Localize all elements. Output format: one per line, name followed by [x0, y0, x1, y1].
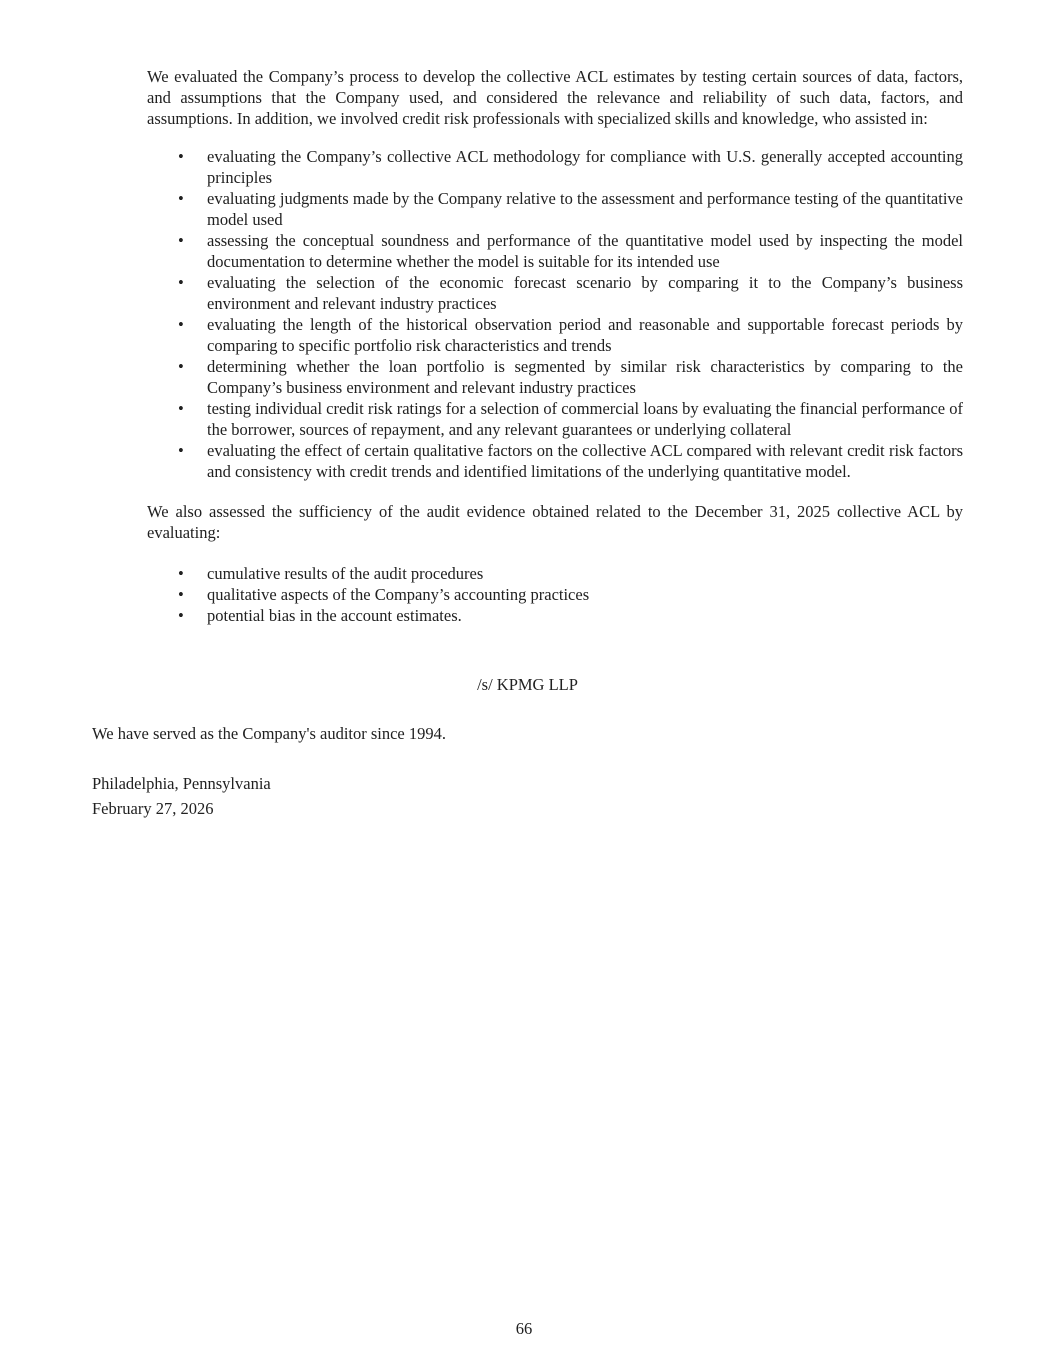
intro-paragraph: We evaluated the Company’s process to de… — [147, 66, 963, 129]
bullet-marker: • — [178, 440, 184, 461]
bullet-marker: • — [178, 605, 184, 626]
sufficiency-bullet-item: • cumulative results of the audit proced… — [147, 563, 963, 584]
procedure-bullet-item: • testing individual credit risk ratings… — [147, 398, 963, 440]
bullet-marker: • — [178, 356, 184, 377]
location-line: Philadelphia, Pennsylvania — [92, 773, 963, 794]
procedure-bullet-text: determining whether the loan portfolio i… — [207, 357, 963, 397]
sufficiency-bullet-text: cumulative results of the audit procedur… — [207, 564, 483, 583]
date-line: February 27, 2026 — [92, 798, 963, 819]
page-number: 66 — [0, 1318, 1048, 1339]
bullet-marker: • — [178, 314, 184, 335]
procedures-list: • evaluating the Company’s collective AC… — [147, 146, 963, 482]
sufficiency-bullet-text: qualitative aspects of the Company’s acc… — [207, 585, 589, 604]
sufficiency-list: • cumulative results of the audit proced… — [147, 563, 963, 626]
procedure-bullet-item: • determining whether the loan portfolio… — [147, 356, 963, 398]
procedure-bullet-text: evaluating the length of the historical … — [207, 315, 963, 355]
auditor-tenure-line: We have served as the Company's auditor … — [92, 723, 963, 744]
bullet-marker: • — [178, 272, 184, 293]
sufficiency-bullet-item: • potential bias in the account estimate… — [147, 605, 963, 626]
procedure-bullet-text: assessing the conceptual soundness and p… — [207, 231, 963, 271]
procedure-bullet-text: evaluating the effect of certain qualita… — [207, 441, 963, 481]
report-body: We evaluated the Company’s process to de… — [147, 66, 963, 626]
bullet-marker: • — [178, 146, 184, 167]
bullet-marker: • — [178, 188, 184, 209]
procedure-bullet-item: • assessing the conceptual soundness and… — [147, 230, 963, 272]
procedure-bullet-item: • evaluating the effect of certain quali… — [147, 440, 963, 482]
sufficiency-bullet-text: potential bias in the account estimates. — [207, 606, 462, 625]
bullet-marker: • — [178, 230, 184, 251]
bullet-marker: • — [178, 398, 184, 419]
procedure-bullet-item: • evaluating the Company’s collective AC… — [147, 146, 963, 188]
procedure-bullet-text: testing individual credit risk ratings f… — [207, 399, 963, 439]
procedure-bullet-item: • evaluating the length of the historica… — [147, 314, 963, 356]
procedure-bullet-item: • evaluating judgments made by the Compa… — [147, 188, 963, 230]
sufficiency-paragraph: We also assessed the sufficiency of the … — [147, 501, 963, 543]
sufficiency-bullet-item: • qualitative aspects of the Company’s a… — [147, 584, 963, 605]
bullet-marker: • — [178, 584, 184, 605]
procedure-bullet-text: evaluating judgments made by the Company… — [207, 189, 963, 229]
bullet-marker: • — [178, 563, 184, 584]
procedure-bullet-item: • evaluating the selection of the econom… — [147, 272, 963, 314]
signature-line: /s/ KPMG LLP — [92, 674, 963, 695]
audit-report-page: We evaluated the Company’s process to de… — [92, 66, 963, 819]
procedure-bullet-text: evaluating the selection of the economic… — [207, 273, 963, 313]
procedure-bullet-text: evaluating the Company’s collective ACL … — [207, 147, 963, 187]
